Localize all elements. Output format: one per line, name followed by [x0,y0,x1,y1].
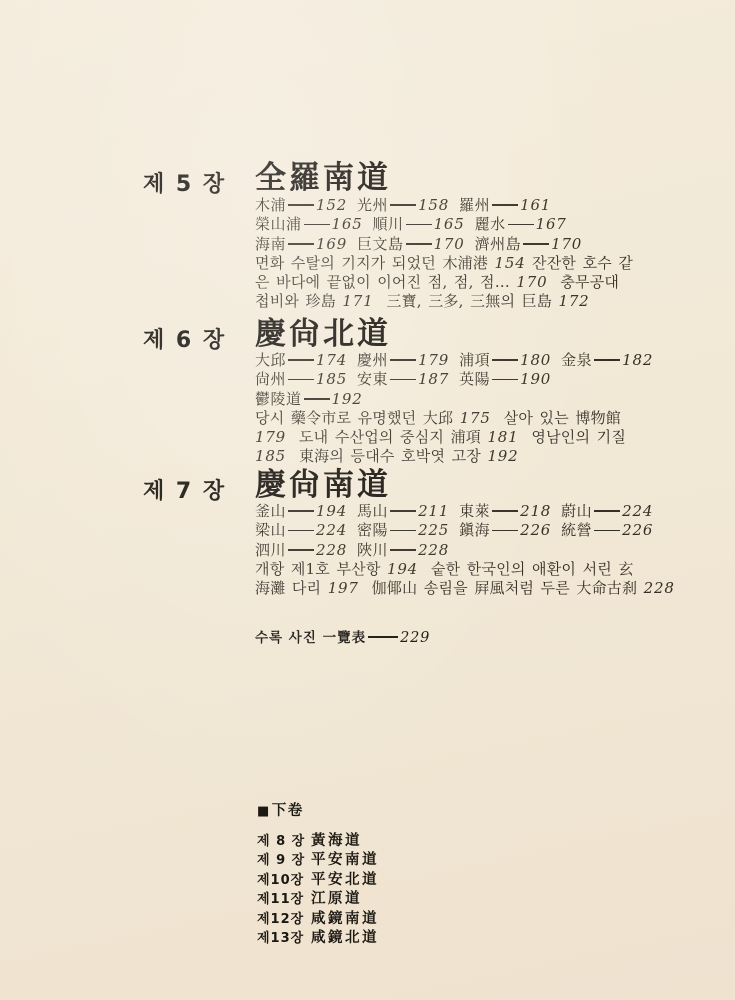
note-text: 伽倻山 송림을 屛風처럼 두른 大命古刹 [359,579,644,597]
page-number: 181 [487,428,518,446]
toc-entry: 馬山211 [357,502,449,520]
leader-dash [288,530,314,532]
page-number: 228 [418,541,449,559]
page-number: 192 [332,390,363,408]
leader-dash [492,530,518,532]
page-number: 170 [516,273,547,291]
toc-entry: 麗水167 [475,215,567,233]
toc-entry: 密陽225 [357,521,449,539]
note-text: 개항 제1호 부산항 [255,560,387,578]
toc-entry: 榮山浦165 [255,215,363,233]
lower-volume-item: 제 9 장平安南道 [257,848,379,867]
place-name: 統營 [561,521,592,539]
page-number: 154 [495,254,526,272]
toc-entry: 慶州179 [357,351,449,369]
lower-chapter-title: 江原道 [311,887,362,908]
entry-line: 榮山浦165順川165麗水167 [255,215,595,234]
lower-chapter-number: 제11장 [257,888,311,907]
toc-entry: 巨文島170 [357,235,465,253]
leader-dash [288,379,314,381]
page-number: 171 [342,292,373,310]
toc-entry: 海南169 [255,235,347,253]
leader-dash [492,359,518,361]
page-number: 224 [316,521,347,539]
place-name: 安東 [357,370,388,388]
note-text: 잔잔한 호수 같 [526,254,634,272]
page-number: 224 [622,502,653,520]
entry-line: 泗川228陜川228 [255,541,595,560]
note-line: 첩비와 珍島 171 三寶, 三多, 三無의 巨島 172 [255,292,595,311]
leader-dash [594,359,620,361]
page-number: 172 [559,292,590,310]
page-number: 228 [316,541,347,559]
leader-dash [406,224,432,226]
leader-dash [492,510,518,512]
note-line: 당시 藥令市로 유명했던 大邱 175 살아 있는 博物館 [255,409,595,428]
page-number: 190 [520,370,551,388]
note-text: 영남인의 기질 [518,428,626,446]
toc-entry: 浦項180 [459,351,551,369]
lower-volume-list: 제 8 장黃海道제 9 장平安南道제10장平安北道제11장江原道제12장咸鏡南道… [257,829,379,945]
place-name: 順川 [373,215,404,233]
square-bullet-icon: ■ [257,804,271,819]
note-text: 海灘 다리 [255,579,328,597]
note-text: 東海의 등대수 호박엿 고장 [286,447,487,465]
lower-volume-section: ■下卷 제 8 장黃海道제 9 장平安南道제10장平安北道제11장江原道제12장… [257,799,379,945]
chapter-number-label: 제 5 장 [143,167,226,198]
note-line: 은 바다에 끝없이 이어진 점, 점, 점… 170 충무공대 [255,273,595,292]
entry-line: 木浦152光州158羅州161 [255,196,595,215]
place-name: 木浦 [255,196,286,214]
entry-line: 海南169巨文島170濟州島170 [255,235,595,254]
lower-volume-item: 제10장平安北道 [257,868,379,887]
note-line: 면화 수탈의 기지가 되었던 木浦港 154 잔잔한 호수 같 [255,254,595,273]
toc-entry: 統營226 [561,521,653,539]
leader-dash [492,204,518,206]
leader-dash [304,398,330,400]
entry-line: 鬱陵道192 [255,390,595,409]
toc-entry: 梁山224 [255,521,347,539]
place-name: 浦項 [459,351,490,369]
lower-volume-item: 제 8 장黃海道 [257,829,379,848]
toc-page: 제 5 장全羅南道木浦152光州158羅州161榮山浦165順川165麗水167… [0,0,735,1000]
page-number: 194 [387,560,418,578]
toc-entry: 濟州島170 [475,235,583,253]
place-name: 東萊 [459,502,490,520]
leader-dash [390,204,416,206]
place-name: 大邱 [255,351,286,369]
page-number: 179 [418,351,449,369]
toc-entry: 金泉182 [561,351,653,369]
page-number: 165 [434,215,465,233]
lower-chapter-title: 黃海道 [311,829,362,850]
leader-dash [406,243,432,245]
lower-chapter-number: 제12장 [257,908,311,927]
page-number: 194 [316,502,347,520]
chapter-body: 大邱174慶州179浦項180金泉182尙州185安東187英陽190鬱陵道19… [255,351,595,467]
page-number: 175 [460,409,491,427]
page-number: 170 [434,235,465,253]
chapter-body: 釜山194馬山211東萊218蔚山224梁山224密陽225鎭海226統營226… [255,502,595,598]
page-number: 180 [520,351,551,369]
lower-chapter-title: 咸鏡北道 [311,926,379,947]
toc-entry: 東萊218 [459,502,551,520]
note-line: 海灘 다리 197 伽倻山 송림을 屛風처럼 두른 大命古刹 228 [255,579,595,598]
lower-chapter-title: 咸鏡南道 [311,907,379,928]
note-text: 충무공대 [547,273,619,291]
toc-entry: 順川165 [373,215,465,233]
place-name: 羅州 [459,196,490,214]
page-number: 179 [255,428,286,446]
chapter-number-label: 제 7 장 [143,474,226,505]
lower-volume-item: 제11장江原道 [257,887,379,906]
page-number: 185 [255,447,286,465]
leader-dash [288,243,314,245]
chapter-title: 全羅南道 [255,161,391,195]
page-number: 161 [520,196,551,214]
page-number: 197 [328,579,359,597]
leader-dash [288,359,314,361]
lower-chapter-title: 平安南道 [311,848,379,869]
place-name: 光州 [357,196,388,214]
note-line: 179 도내 수산업의 중심지 浦項 181 영남인의 기질 [255,428,595,447]
place-name: 蔚山 [561,502,592,520]
toc-entry: 光州158 [357,196,449,214]
place-name: 濟州島 [475,235,522,253]
toc-entry: 大邱174 [255,351,347,369]
place-name: 梁山 [255,521,286,539]
toc-entry: 尙州185 [255,370,347,388]
place-name: 巨文島 [357,235,404,253]
page-number: 158 [418,196,449,214]
note-line: 개항 제1호 부산항 194 숱한 한국인의 애환이 서린 玄 [255,560,595,579]
page-number: 169 [316,235,347,253]
photo-index-label: 수록 사진 一覽表 [255,630,366,646]
place-name: 麗水 [475,215,506,233]
toc-entry: 英陽190 [459,370,551,388]
page-number: 185 [316,370,347,388]
page-number: 170 [551,235,582,253]
leader-dash [508,224,534,226]
place-name: 慶州 [357,351,388,369]
lower-volume-header: ■下卷 [257,799,379,820]
toc-entry: 蔚山224 [561,502,653,520]
place-name: 鬱陵道 [255,390,302,408]
place-name: 密陽 [357,521,388,539]
leader-dash [390,359,416,361]
note-text: 은 바다에 끝없이 이어진 점, 점, 점… [255,273,516,291]
leader-dash [304,224,330,226]
place-name: 馬山 [357,502,388,520]
note-text: 三寶, 三多, 三無의 巨島 [373,292,558,310]
leader-dash [594,530,620,532]
leader-dash [390,530,416,532]
photo-index-page: 229 [400,630,430,646]
lower-chapter-number: 제 9 장 [257,849,311,868]
page-number: 182 [622,351,653,369]
place-name: 鎭海 [459,521,490,539]
toc-entry: 泗川228 [255,541,347,559]
page-number: 226 [622,521,653,539]
toc-entry: 陜川228 [357,541,449,559]
toc-entry: 鎭海226 [459,521,551,539]
lower-chapter-title: 平安北道 [311,868,379,889]
entry-line: 大邱174慶州179浦項180金泉182 [255,351,595,370]
toc-entry: 木浦152 [255,196,347,214]
toc-entry: 鬱陵道192 [255,390,363,408]
entry-line: 梁山224密陽225鎭海226統營226 [255,521,595,540]
entry-line: 釜山194馬山211東萊218蔚山224 [255,502,595,521]
note-text: 도내 수산업의 중심지 浦項 [286,428,487,446]
leader-dash [492,379,518,381]
place-name: 海南 [255,235,286,253]
page-number: 152 [316,196,347,214]
toc-entry: 釜山194 [255,502,347,520]
leader-dash [288,549,314,551]
place-name: 英陽 [459,370,490,388]
lower-chapter-number: 제 8 장 [257,830,311,849]
chapter-number-label: 제 6 장 [143,323,226,354]
chapter-title: 慶尙南道 [255,468,391,502]
note-text: 첩비와 珍島 [255,292,342,310]
place-name: 泗川 [255,541,286,559]
page-number: 225 [418,521,449,539]
page-number: 192 [487,447,518,465]
note-text: 숱한 한국인의 애환이 서린 玄 [418,560,634,578]
place-name: 榮山浦 [255,215,302,233]
leader-dash [390,549,416,551]
leader-dash [288,204,314,206]
page-number: 228 [644,579,675,597]
page-number: 187 [418,370,449,388]
lower-chapter-number: 제13장 [257,927,311,946]
page-number: 174 [316,351,347,369]
page-number: 218 [520,502,551,520]
chapter-body: 木浦152光州158羅州161榮山浦165順川165麗水167海南169巨文島1… [255,196,595,312]
page-number: 226 [520,521,551,539]
leader-dash [288,510,314,512]
leader-dash [390,379,416,381]
chapter-title: 慶尙北道 [255,317,391,351]
place-name: 金泉 [561,351,592,369]
leader-dash [368,636,398,638]
page-number: 211 [418,502,449,520]
leader-dash [594,510,620,512]
note-line: 185 東海의 등대수 호박엿 고장 192 [255,447,595,466]
lower-chapter-number: 제10장 [257,869,311,888]
note-text: 면화 수탈의 기지가 되었던 木浦港 [255,254,495,272]
note-text: 당시 藥令市로 유명했던 大邱 [255,409,460,427]
place-name: 陜川 [357,541,388,559]
page-number: 165 [332,215,363,233]
place-name: 釜山 [255,502,286,520]
place-name: 尙州 [255,370,286,388]
entry-line: 尙州185安東187英陽190 [255,370,595,389]
note-text: 살아 있는 博物館 [491,409,621,427]
leader-dash [523,243,549,245]
lower-volume-item: 제12장咸鏡南道 [257,907,379,926]
leader-dash [390,510,416,512]
lower-volume-title: 下卷 [272,802,304,819]
photo-index-line: 수록 사진 一覽表229 [255,626,430,646]
lower-volume-item: 제13장咸鏡北道 [257,926,379,945]
toc-entry: 羅州161 [459,196,551,214]
toc-entry: 安東187 [357,370,449,388]
page-number: 167 [536,215,567,233]
